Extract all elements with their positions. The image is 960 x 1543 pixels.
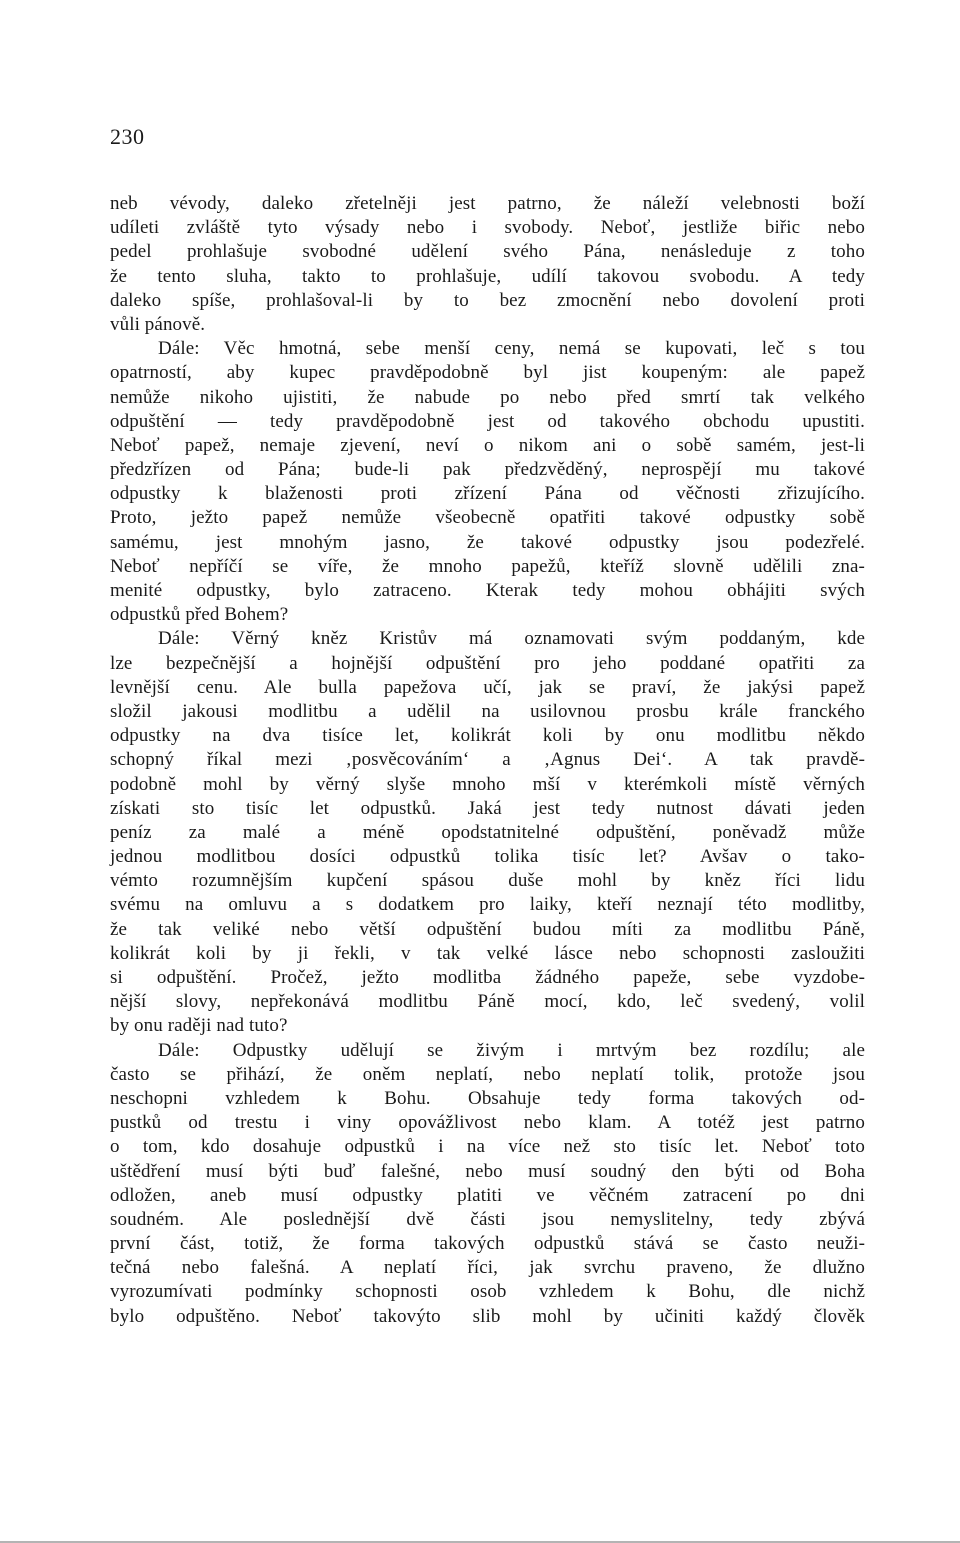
text-line: vyrozumívati podmínky schopnosti osob vz… [110, 1280, 865, 1304]
text-line: neb vévody, daleko zřetelněji jest patrn… [110, 192, 865, 216]
text-line: první část, totiž, že forma takových odp… [110, 1232, 865, 1256]
body-text: neb vévody, daleko zřetelněji jest patrn… [110, 192, 865, 1329]
text-line: že tak veliké nebo větší odpuštění budou… [110, 918, 865, 942]
text-line: složil jakousi modlitbu a udělil na usil… [110, 700, 865, 724]
text-line: vémto rozumnějším kupčení spásou duše mo… [110, 869, 865, 893]
text-line: lze bezpečnější a hojnější odpuštění pro… [110, 652, 865, 676]
text-line: menité odpustky, bylo zatraceno. Kterak … [110, 579, 865, 603]
text-line: samému, jest mnohým jasno, že takové odp… [110, 531, 865, 555]
text-line: odpustky na dva tisíce let, kolikrát kol… [110, 724, 865, 748]
text-line: Neboť papež, nemaje zjevení, neví o niko… [110, 434, 865, 458]
text-line: jednou modlitbou dosíci odpustků tolika … [110, 845, 865, 869]
text-line: uštědření musí býti buď falešné, nebo mu… [110, 1160, 865, 1184]
text-line: odpustků před Bohem? [110, 603, 865, 627]
text-line: často se přihází, že oněm neplatí, nebo … [110, 1063, 865, 1087]
text-line: Neboť nepříčí se víře, že mnoho papežů, … [110, 555, 865, 579]
text-line: o tom, kdo dosahuje odpustků i na více n… [110, 1135, 865, 1159]
text-line: by onu raději nad tuto? [110, 1014, 865, 1038]
text-line: svému na omluvu a s dodatkem pro laiky, … [110, 893, 865, 917]
text-line: Proto, ježto papež nemůže všeobecně opat… [110, 506, 865, 530]
paragraph-first-line: Dále: Odpustky udělují se živým i mrtvým… [110, 1039, 865, 1063]
page-number: 230 [110, 124, 145, 150]
text-line: odpuštění — tedy pravděpodobně jest od t… [110, 410, 865, 434]
text-line: tečná nebo falešná. A neplatí říci, jak … [110, 1256, 865, 1280]
text-line: odložen, aneb musí odpustky platiti ve v… [110, 1184, 865, 1208]
text-line: peníz za malé a méně opodstatnitelné odp… [110, 821, 865, 845]
text-line: opatrností, aby kupec pravděpodobně byl … [110, 361, 865, 385]
text-line: získati sto tisíc let odpustků. Jaká jes… [110, 797, 865, 821]
text-line: soudném. Ale poslednější dvě části jsou … [110, 1208, 865, 1232]
text-line: nemůže nikoho ujistiti, že nabude po neb… [110, 386, 865, 410]
text-line: bylo odpuštěno. Neboť takovýto slib mohl… [110, 1305, 865, 1329]
text-line: podobně mohl by věrný slyše mnoho mší v … [110, 773, 865, 797]
text-line: schopný říkal mezi ‚posvěcováním‘ a ‚Agn… [110, 748, 865, 772]
text-line: že tento sluha, takto to prohlašuje, udí… [110, 265, 865, 289]
text-line: levnější cenu. Ale bulla papežova učí, j… [110, 676, 865, 700]
text-line: odpustky k blaženosti proti zřízení Pána… [110, 482, 865, 506]
text-line: daleko spíše, prohlašoval-li by to bez z… [110, 289, 865, 313]
text-line: si odpuštění. Pročež, ježto modlitba žád… [110, 966, 865, 990]
text-line: vůli pánově. [110, 313, 865, 337]
text-line: neschopni vzhledem k Bohu. Obsahuje tedy… [110, 1087, 865, 1111]
text-line: pustků od trestu i viny opovážlivost neb… [110, 1111, 865, 1135]
text-line: předzřízen od Pána; bude-li pak předzvěd… [110, 458, 865, 482]
paragraph-first-line: Dále: Věrný kněz Kristův má oznamovati s… [110, 627, 865, 651]
text-line: pedel prohlašuje svobodné udělení svého … [110, 240, 865, 264]
text-line: udíleti zvláště tyto výsady nebo i svobo… [110, 216, 865, 240]
paragraph-first-line: Dále: Věc hmotná, sebe menší ceny, nemá … [110, 337, 865, 361]
text-line: kolikrát koli by ji řekli, v tak velké l… [110, 942, 865, 966]
text-line: nější slovy, nepřekonává modlitbu Páně m… [110, 990, 865, 1014]
